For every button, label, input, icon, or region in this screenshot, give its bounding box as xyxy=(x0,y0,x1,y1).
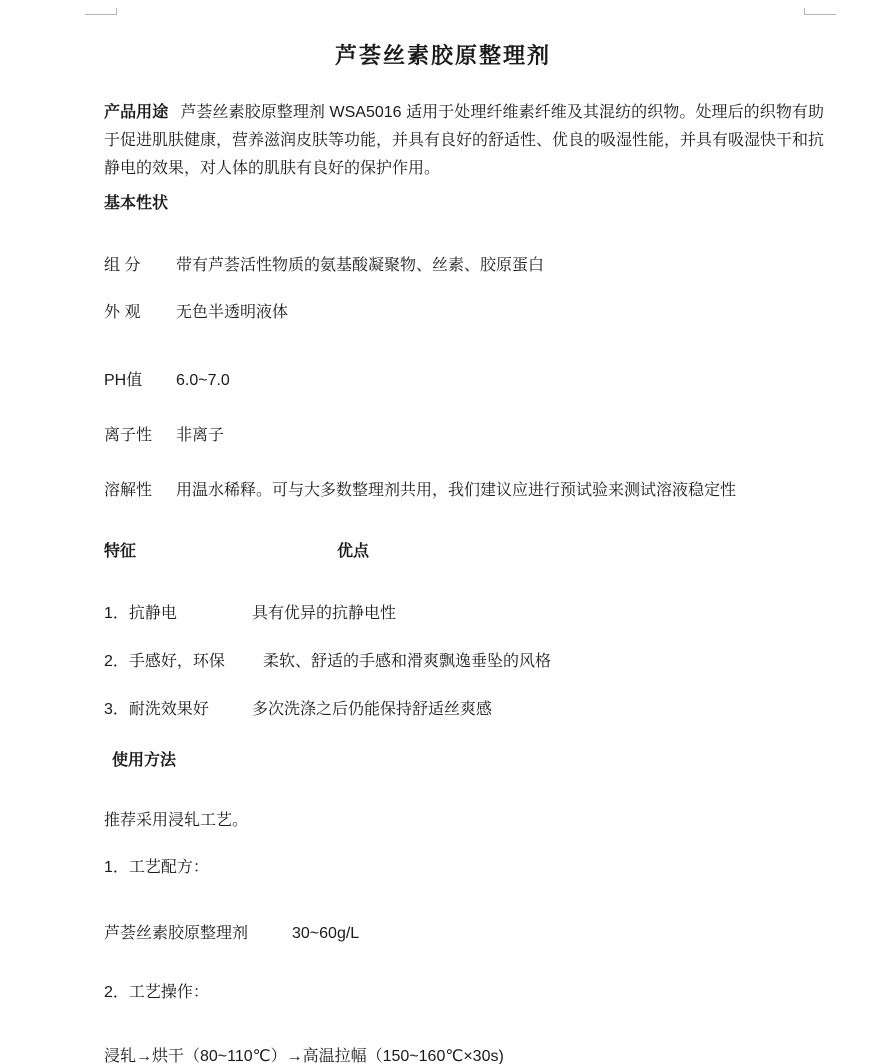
feature-benefit: 多次洗涤之后仍能保持舒适丝爽感 xyxy=(252,701,492,718)
property-value: 6.0~7.0 xyxy=(176,372,230,389)
feature-benefit: 柔软、舒适的手感和滑爽飘逸垂坠的风格 xyxy=(252,653,551,670)
basic-properties-heading: 基本性状 xyxy=(104,190,824,218)
usage-method-heading: 使用方法 xyxy=(104,747,824,775)
property-label: 溶解性 xyxy=(104,477,176,505)
property-row-solubility: 溶解性用温水稀释。可与大多数整理剂共用，我们建议应进行预试验来测试溶液稳定性 xyxy=(104,477,824,505)
property-label: PH值 xyxy=(104,367,176,395)
product-usage-paragraph: 产品用途芦荟丝素胶原整理剂 WSA5016 适用于处理纤维素纤维及其混纺的织物。… xyxy=(104,99,824,183)
feature-name: 3．耐洗效果好 xyxy=(104,696,252,724)
property-label: 离子性 xyxy=(104,422,176,450)
features-heading: 特征 xyxy=(104,538,337,566)
margin-corner-mark-right xyxy=(804,8,836,15)
property-row-ionicity: 离子性非离子 xyxy=(104,422,824,450)
benefits-heading: 优点 xyxy=(337,543,369,560)
feature-row: 2．手感好，环保柔软、舒适的手感和滑爽飘逸垂坠的风格 xyxy=(104,648,824,676)
recipe-product-name: 芦荟丝素胶原整理剂 xyxy=(104,920,292,948)
features-heading-row: 特征优点 xyxy=(104,538,824,566)
property-row-appearance: 外 观无色半透明液体 xyxy=(104,299,824,327)
page-title: 芦荟丝素胶原整理剂 xyxy=(0,39,886,70)
recipe-row: 芦荟丝素胶原整理剂30~60g/L xyxy=(104,920,824,948)
recipe-dosage: 30~60g/L xyxy=(292,925,359,942)
property-value: 无色半透明液体 xyxy=(176,304,288,321)
product-usage-text: 芦荟丝素胶原整理剂 WSA5016 适用于处理纤维素纤维及其混纺的织物。处理后的… xyxy=(104,104,824,177)
margin-corner-mark-left xyxy=(85,8,117,15)
usage-intro-line: 推荐采用浸轧工艺。 xyxy=(104,807,824,835)
feature-name: 1．抗静电 xyxy=(104,600,252,628)
usage-step2-label: 2．工艺操作： xyxy=(104,979,824,1007)
feature-row: 1．抗静电具有优异的抗静电性 xyxy=(104,600,824,628)
usage-step1-label: 1．工艺配方： xyxy=(104,854,824,882)
property-label: 组 分 xyxy=(104,252,176,280)
property-value: 非离子 xyxy=(176,427,224,444)
process-flow-line: 浸轧→烘干（80~110℃）→高温拉幅（150~160℃×30s) xyxy=(104,1043,824,1064)
feature-row: 3．耐洗效果好多次洗涤之后仍能保持舒适丝爽感 xyxy=(104,696,824,724)
product-usage-label: 产品用途 xyxy=(104,104,168,121)
feature-benefit: 具有优异的抗静电性 xyxy=(252,605,396,622)
property-label: 外 观 xyxy=(104,299,176,327)
property-value: 带有芦荟活性物质的氨基酸凝聚物、丝素、胶原蛋白 xyxy=(176,257,544,274)
property-row-composition: 组 分带有芦荟活性物质的氨基酸凝聚物、丝素、胶原蛋白 xyxy=(104,252,824,280)
property-value: 用温水稀释。可与大多数整理剂共用，我们建议应进行预试验来测试溶液稳定性 xyxy=(176,482,736,499)
feature-name: 2．手感好，环保 xyxy=(104,648,252,676)
property-row-ph: PH值6.0~7.0 xyxy=(104,367,824,395)
document-page: 芦荟丝素胶原整理剂 产品用途芦荟丝素胶原整理剂 WSA5016 适用于处理纤维素… xyxy=(0,0,886,1064)
